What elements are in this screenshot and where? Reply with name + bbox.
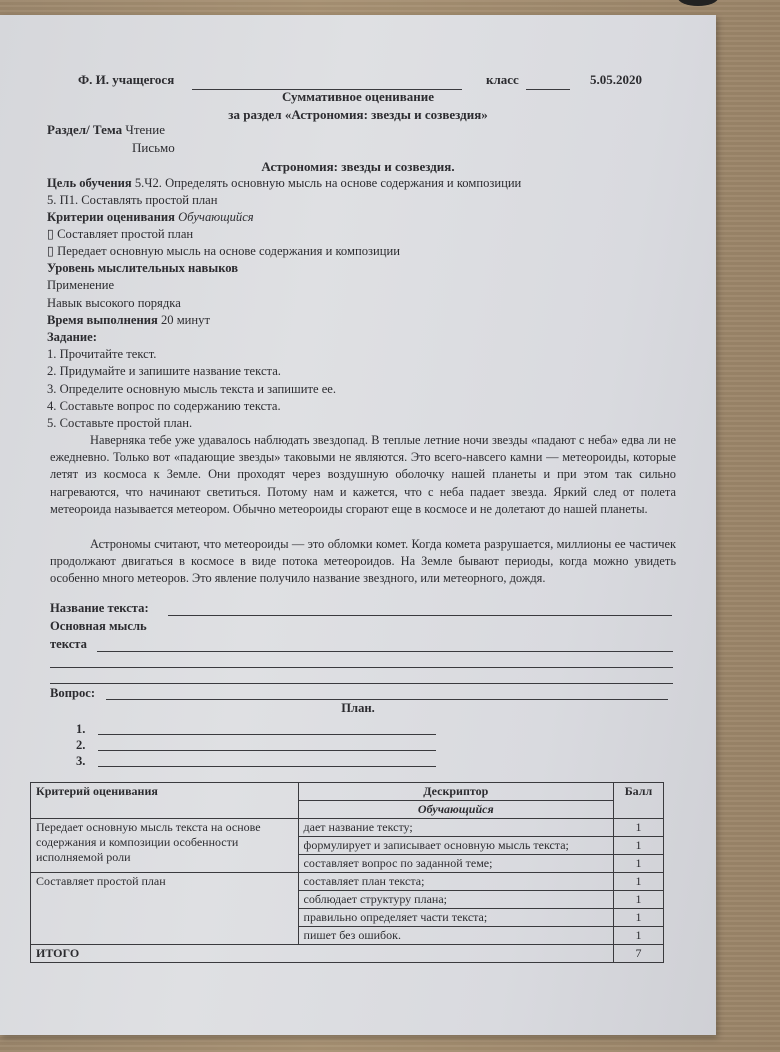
student-name-label: Ф. И. учащегося	[78, 72, 174, 88]
doc-title: Суммативное оценивание	[0, 89, 716, 105]
date: 5.05.2020	[590, 72, 642, 88]
descriptor-cell: правильно определяет части текста;	[298, 909, 613, 927]
task-item: 2. Придумайте и запишите название текста…	[47, 363, 281, 380]
skill-item: Навык высокого порядка	[47, 295, 181, 312]
criteria-heading: Критерии оценивания Обучающийся	[47, 209, 254, 226]
goal-line-1: Цель обучения 5.Ч2. Определять основную …	[47, 175, 521, 192]
descriptor-cell: соблюдает структуру плана;	[298, 891, 613, 909]
section-row: Раздел/ Тема Чтение	[47, 122, 165, 138]
plan-item-number: 2.	[76, 737, 85, 754]
main-idea-field-line-2[interactable]	[50, 667, 673, 668]
header-criterion: Критерий оценивания	[31, 783, 299, 819]
plan-item-field[interactable]	[98, 734, 436, 735]
class-label: класс	[486, 72, 519, 88]
checkbox-icon: ▯	[47, 244, 54, 258]
title-answer-field[interactable]	[168, 615, 672, 616]
main-idea-label-2: текста	[50, 636, 87, 653]
task-item: 5. Составьте простой план.	[47, 415, 192, 432]
score-cell: 1	[614, 855, 664, 873]
criteria-item-text: Составляет простой план	[57, 227, 193, 241]
score-cell: 1	[614, 837, 664, 855]
skill-item: Применение	[47, 277, 114, 294]
criteria-subject: Обучающийся	[178, 210, 254, 224]
text-paragraph-1: Наверняка тебе уже удавалось наблюдать з…	[50, 432, 676, 518]
rubric-table: Критерий оценивания Дескриптор Балл Обуч…	[30, 782, 664, 963]
title-answer-label: Название текста:	[50, 600, 149, 617]
doc-subtitle: за раздел «Астрономия: звезды и созвезди…	[0, 107, 716, 123]
criteria-item: ▯ Передает основную мысль на основе соде…	[47, 243, 400, 260]
total-label: ИТОГО	[31, 945, 614, 963]
table-row: Передает основную мысль текста на основе…	[31, 819, 664, 837]
main-idea-label-1: Основная мысль	[50, 618, 147, 635]
skills-label: Уровень мыслительных навыков	[47, 260, 238, 277]
criterion-cell: Передает основную мысль текста на основе…	[31, 819, 299, 873]
time-row: Время выполнения 20 минут	[47, 312, 210, 329]
descriptor-cell: формулирует и записывает основную мысль …	[298, 837, 613, 855]
score-cell: 1	[614, 891, 664, 909]
descriptor-cell: составляет вопрос по заданной теме;	[298, 855, 613, 873]
section-topic-2: Письмо	[132, 140, 175, 156]
descriptor-cell: пишет без ошибок.	[298, 927, 613, 945]
time-value: 20 минут	[161, 313, 210, 327]
plan-item-number: 3.	[76, 753, 85, 770]
task-item: 3. Определите основную мысль текста и за…	[47, 381, 336, 398]
section-topic-1: Чтение	[125, 122, 165, 137]
goal-text-1: 5.Ч2. Определять основную мысль на основ…	[135, 176, 521, 190]
plan-item-number: 1.	[76, 721, 85, 738]
time-label: Время выполнения	[47, 313, 158, 327]
score-cell: 1	[614, 927, 664, 945]
criterion-cell: Составляет простой план	[31, 873, 299, 945]
table-header-row: Критерий оценивания Дескриптор Балл	[31, 783, 664, 801]
score-cell: 1	[614, 909, 664, 927]
header-descriptor-sub: Обучающийся	[298, 801, 613, 819]
criteria-item: ▯ Составляет простой план	[47, 226, 193, 243]
task-label: Задание:	[47, 329, 97, 346]
goal-label: Цель обучения	[47, 176, 132, 190]
descriptor-cell: дает название тексту;	[298, 819, 613, 837]
section-label: Раздел/ Тема	[47, 122, 122, 137]
plan-item-field[interactable]	[98, 766, 436, 767]
criteria-item-text: Передает основную мысль на основе содерж…	[57, 244, 400, 258]
main-idea-field-line-3[interactable]	[50, 683, 673, 684]
task-item: 4. Составьте вопрос по содержанию текста…	[47, 398, 281, 415]
worksheet-paper: Ф. И. учащегося класс 5.05.2020 Сумматив…	[0, 15, 716, 1035]
text-paragraph-2: Астрономы считают, что метеороиды — это …	[50, 536, 676, 588]
plan-item-field[interactable]	[98, 750, 436, 751]
score-cell: 1	[614, 873, 664, 891]
descriptor-cell: составляет план текста;	[298, 873, 613, 891]
score-cell: 1	[614, 819, 664, 837]
header-score: Балл	[614, 783, 664, 819]
criteria-label: Критерии оценивания	[47, 210, 175, 224]
total-row: ИТОГО 7	[31, 945, 664, 963]
task-item: 1. Прочитайте текст.	[47, 346, 156, 363]
total-score: 7	[614, 945, 664, 963]
section-heading: Астрономия: звезды и созвездия.	[0, 159, 716, 175]
plan-title: План.	[0, 700, 716, 717]
main-idea-field[interactable]	[97, 651, 673, 652]
goal-line-2: 5. П1. Составлять простой план	[47, 192, 218, 209]
header-descriptor: Дескриптор	[298, 783, 613, 801]
table-row: Составляет простой план составляет план …	[31, 873, 664, 891]
checkbox-icon: ▯	[47, 227, 54, 241]
